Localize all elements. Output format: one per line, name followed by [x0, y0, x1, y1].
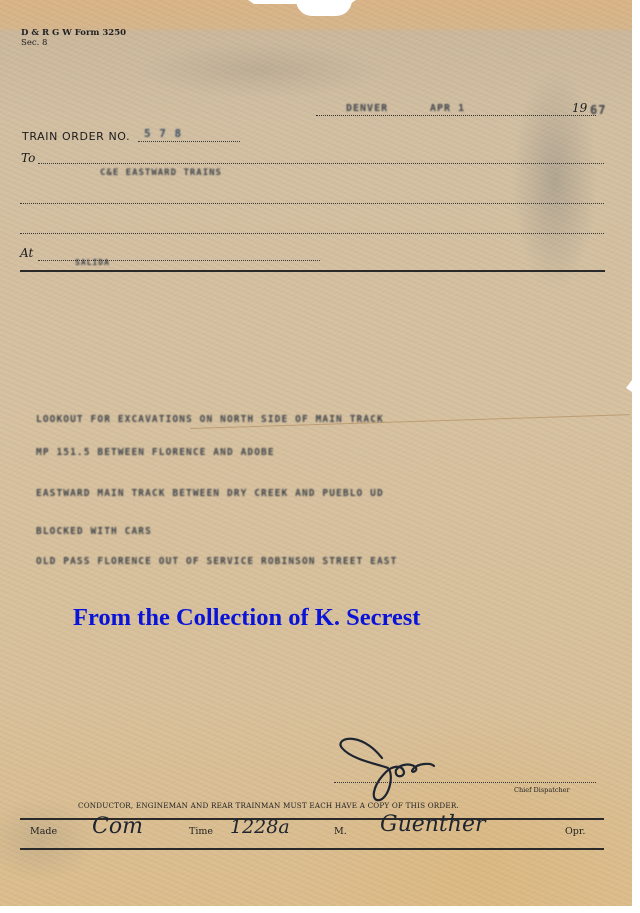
paper-notch	[296, 0, 352, 16]
to-value: C&E EASTWARD TRAINS	[100, 168, 222, 178]
to-label: To	[21, 151, 35, 165]
footer-bottom-rule	[20, 848, 604, 850]
made-label: Made	[30, 826, 57, 837]
operator-label: Opr.	[565, 826, 585, 837]
order-line: MP 151.5 BETWEEN FLORENCE AND ADOBE	[36, 447, 275, 458]
chief-dispatcher-label: Chief Dispatcher	[514, 786, 570, 794]
order-no-line	[138, 141, 240, 142]
date-month-day: APR 1	[430, 103, 465, 114]
date-place: DENVER	[346, 103, 388, 114]
form-number: D & R G W Form 3250	[21, 28, 126, 38]
form-section: Sec. 8	[21, 38, 126, 48]
dispatcher-signature	[330, 734, 460, 804]
year-prefix: 19	[572, 101, 587, 115]
at-label: At	[20, 246, 33, 260]
year-suffix: 67	[590, 103, 606, 117]
form-header: D & R G W Form 3250 Sec. 8	[21, 28, 126, 48]
made-value: Com	[92, 814, 143, 839]
order-line: BLOCKED WITH CARS	[36, 526, 152, 537]
collection-watermark: From the Collection of K. Secrest	[73, 604, 420, 632]
header-divider	[20, 270, 605, 272]
operator-signature: Guenther	[380, 812, 485, 837]
dispatcher-line	[334, 782, 596, 783]
to-line	[38, 163, 604, 164]
time-value: 1228a	[230, 816, 290, 838]
to-line-3	[20, 233, 604, 234]
order-line: OLD PASS FLORENCE OUT OF SERVICE ROBINSO…	[36, 556, 397, 567]
meridiem-label: M.	[334, 826, 347, 837]
train-order-number: 5 7 8	[144, 127, 182, 140]
time-label: Time	[189, 826, 213, 837]
at-value: SALIDA	[75, 258, 110, 267]
order-line: EASTWARD MAIN TRACK BETWEEN DRY CREEK AN…	[36, 488, 384, 499]
to-line-2	[20, 203, 604, 204]
copy-notice: CONDUCTOR, ENGINEMAN AND REAR TRAINMAN M…	[78, 801, 459, 810]
train-order-label: TRAIN ORDER NO.	[22, 130, 130, 143]
